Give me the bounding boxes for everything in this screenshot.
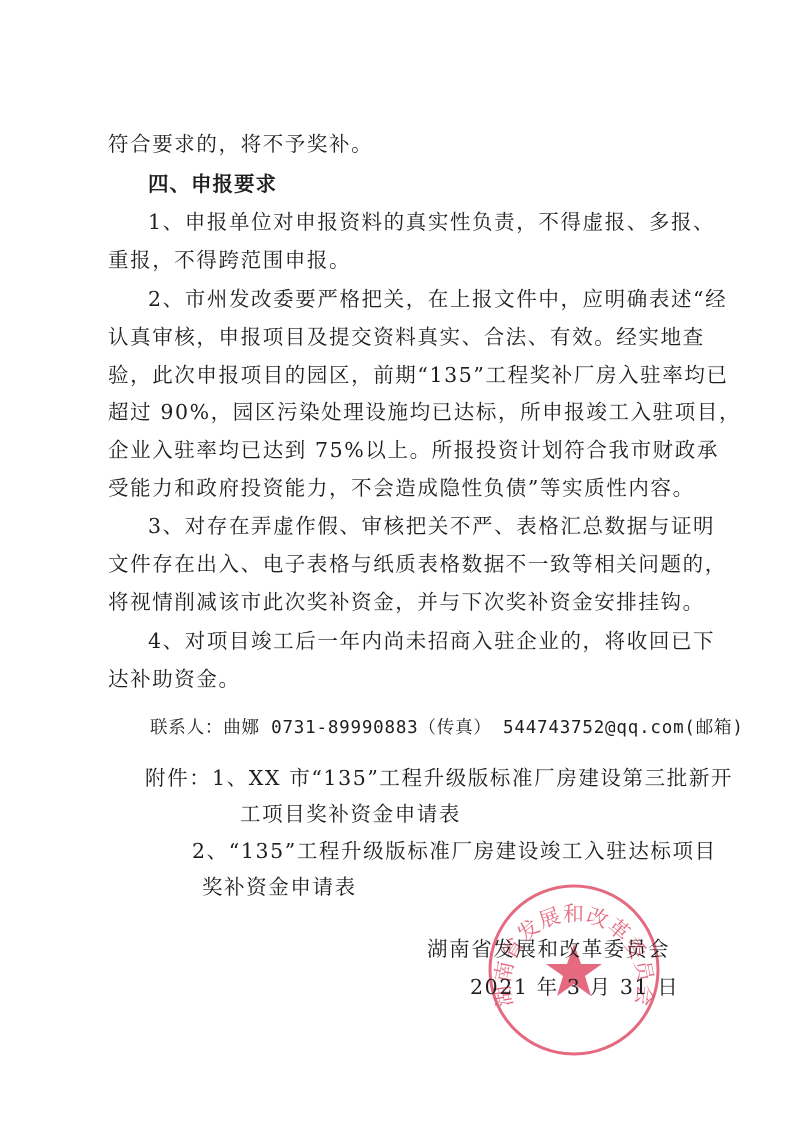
section-heading: 四、申报要求 xyxy=(148,170,277,198)
attachment-item-2: 2、“135”工程升级版标准厂房建设竣工入驻达标项目 xyxy=(192,837,717,865)
attachment-item-2-cont: 奖补资金申请表 xyxy=(202,873,357,901)
paragraph-line: 重报，不得跨范围申报。 xyxy=(108,246,351,274)
paragraph-line: 将视情削减该市此次奖补资金，并与下次奖补资金安排挂钩。 xyxy=(108,588,705,616)
paragraph-line: 认真审核，申报项目及提交资料真实、合法、有效。经实地查 xyxy=(108,323,705,351)
signing-date: 2021 年 3 月 31 日 xyxy=(470,973,679,1001)
paragraph-line: 1、申报单位对申报资料的真实性负责，不得虚报、多报、 xyxy=(148,208,715,236)
paragraph-line: 符合要求的，将不予奖补。 xyxy=(108,130,373,158)
paragraph-line: 受能力和政府投资能力，不会造成隐性负债”等实质性内容。 xyxy=(108,474,695,502)
paragraph-line: 2、市州发改委要严格把关，在上报文件中，应明确表述“经 xyxy=(148,285,727,313)
paragraph-line: 文件存在出入、电子表格与纸质表格数据不一致等相关问题的， xyxy=(108,550,727,578)
paragraph-line: 达补助资金。 xyxy=(108,665,241,693)
attachment-item-1-cont: 工项目奖补资金申请表 xyxy=(240,800,461,828)
paragraph-line: 超过 90%，园区污染处理设施均已达标，所申报竣工入驻项目， xyxy=(108,398,741,426)
paragraph-line: 企业入驻率均已达到 75%以上。所报投资计划符合我市财政承 xyxy=(108,436,719,464)
paragraph-line: 3、对存在弄虚作假、审核把关不严、表格汇总数据与证明 xyxy=(148,512,715,540)
paragraph-line: 4、对项目竣工后一年内尚未招商入驻企业的，将收回已下 xyxy=(148,627,715,655)
paragraph-line: 验，此次申报项目的园区，前期“135”工程奖补厂房入驻率均已 xyxy=(108,361,729,389)
signing-organization: 湖南省发展和改革委员会 xyxy=(427,935,670,963)
attachment-item-1: 1、XX 市“135”工程升级版标准厂房建设第三批新开 xyxy=(212,764,733,792)
contact-info: 联系人：曲娜 0731-89990883（传真） 544743752@qq.co… xyxy=(150,714,744,742)
attachments-label: 附件： xyxy=(145,764,211,792)
official-seal-icon: 湖南省发展和改革委员会 xyxy=(486,882,662,1058)
